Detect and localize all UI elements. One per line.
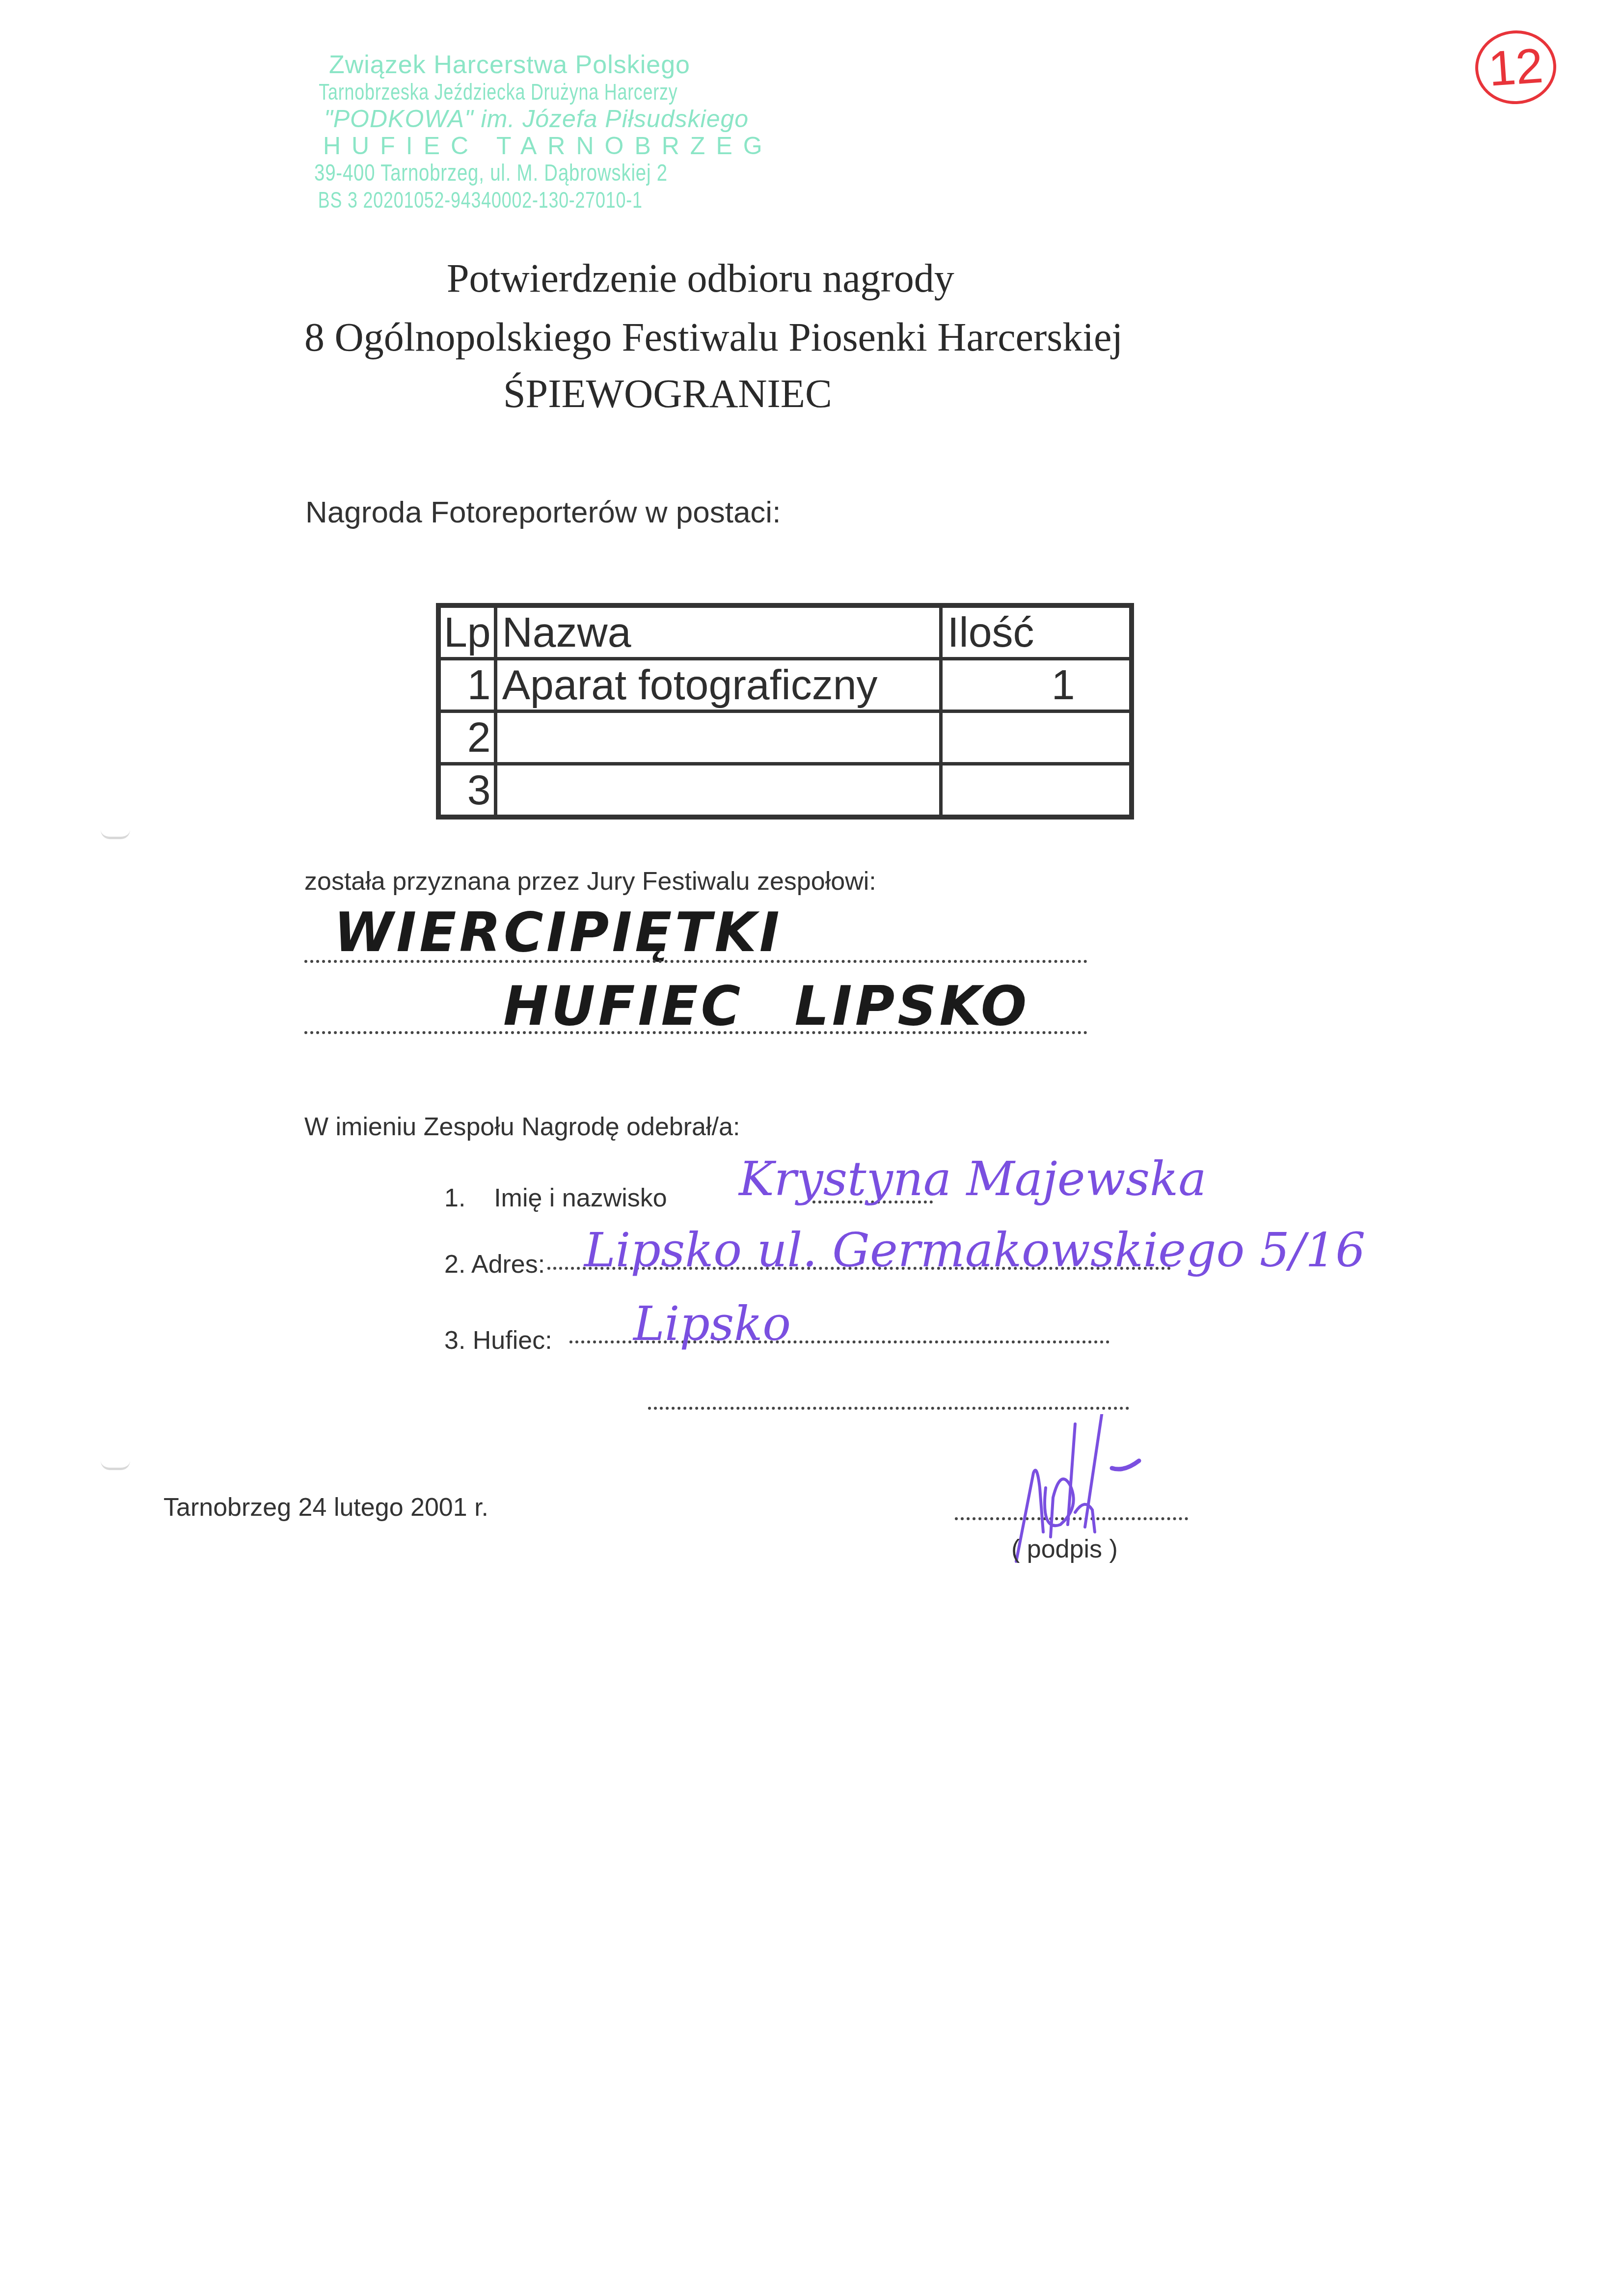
stamp-line: Tarnobrzeska Jeździecka Drużyna Harcerzy	[314, 79, 659, 106]
team-name-handwritten: WIERCIPIĘTKI	[334, 901, 783, 964]
header-qty: Ilość	[941, 605, 1132, 659]
prize-intro-label: Nagroda Fotoreporterów w postaci:	[305, 495, 781, 530]
table-header-row: Lp Nazwa Ilość	[438, 605, 1132, 659]
row-qty	[941, 764, 1132, 818]
document-title: Potwierdzenie odbioru nagrody	[447, 255, 954, 301]
row-name	[495, 764, 941, 818]
team-unit-handwritten: HUFIEC LIPSKO	[503, 975, 1029, 1038]
festival-title: ŚPIEWOGRANIEC	[503, 371, 832, 417]
row-qty	[941, 711, 1132, 764]
row-lp: 3	[438, 764, 495, 818]
organization-stamp: Związek Harcerstwa Polskiego Tarnobrzesk…	[314, 52, 756, 214]
stamp-line: Związek Harcerstwa Polskiego	[314, 52, 756, 79]
table-row: 2	[438, 711, 1132, 764]
stamp-line: "PODKOWA" im. Józefa Piłsudskiego	[314, 106, 756, 133]
row-lp: 2	[438, 711, 495, 764]
row-name: Aparat fotograficzny	[495, 659, 941, 711]
punch-mark	[101, 1461, 130, 1470]
stamp-line: 39-400 Tarnobrzeg, ul. M. Dąbrowskiej 2	[314, 160, 668, 187]
place-date: Tarnobrzeg 24 lutego 2001 r.	[163, 1493, 488, 1522]
row-lp: 1	[438, 659, 495, 711]
received-label: W imieniu Zespołu Nagrodę odebrał/a:	[304, 1112, 740, 1142]
signature-label: ( podpis )	[1011, 1534, 1118, 1564]
hufiec-label: 3. Hufiec:	[444, 1326, 552, 1355]
festival-name: 8 Ogólnopolskiego Festiwalu Piosenki Har…	[304, 314, 1123, 360]
header-name: Nazwa	[495, 605, 941, 659]
team-dotted-line	[304, 960, 1087, 963]
row-name	[495, 711, 941, 764]
address-handwritten: Lipsko ul. Germakowskiego 5/16	[584, 1223, 1365, 1278]
team-dotted-line	[304, 1031, 1087, 1034]
name-handwritten: Krystyna Majewska	[739, 1151, 1206, 1206]
row-qty: 1	[941, 659, 1132, 711]
page-number-circle: 12	[1473, 27, 1559, 107]
name-label: 1. Imię i nazwisko	[444, 1183, 667, 1213]
prize-table: Lp Nazwa Ilość 1 Aparat fotograficzny 1 …	[436, 603, 1134, 820]
hufiec-handwritten: Lipsko	[633, 1296, 791, 1351]
awarded-label: została przyznana przez Jury Festiwalu z…	[304, 867, 876, 896]
stamp-line: HUFIEC TARNOBRZEG	[314, 133, 756, 160]
table-row: 3	[438, 764, 1132, 818]
table-row: 1 Aparat fotograficzny 1	[438, 659, 1132, 711]
address-label: 2. Adres:	[444, 1250, 545, 1279]
extra-dotted-line	[648, 1407, 1129, 1410]
stamp-line: BS 3 20201052-94340002-130-27010-1	[314, 187, 659, 214]
punch-mark	[101, 830, 130, 839]
header-lp: Lp	[438, 605, 495, 659]
